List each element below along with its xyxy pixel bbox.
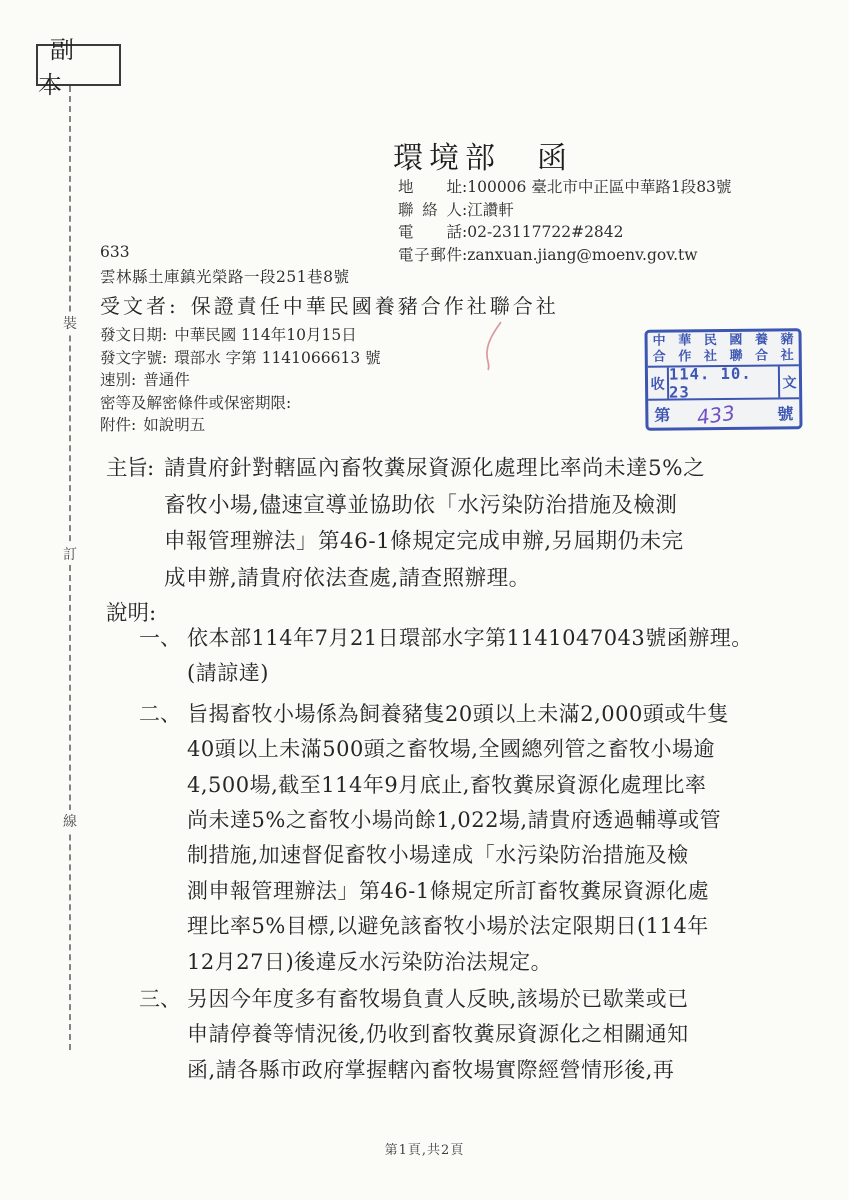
receipt-stamp-number-suffix: 號 bbox=[777, 401, 793, 424]
page-number-footer: 第1頁,共2頁 bbox=[0, 1139, 849, 1158]
meta-row-date: 發文日期:中華民國 114年10月15日 bbox=[100, 324, 381, 347]
meta-value: 中華民國 114年10月15日 bbox=[174, 326, 356, 344]
contact-row-phone: 電話:02-23117722#2842 bbox=[398, 221, 731, 244]
contact-label: 地址 bbox=[398, 176, 462, 199]
copy-stamp-label: 副本 bbox=[38, 30, 119, 100]
contact-label: 電話 bbox=[398, 221, 462, 244]
item-number: 一、 bbox=[139, 621, 187, 692]
receipt-stamp: 中華民國養豬 合作社聯合社 收 114. 10. 23 文 第 433 號 bbox=[644, 328, 802, 431]
binding-mark-zhuang: 裝 bbox=[63, 312, 77, 334]
contact-row-address: 地址:100006 臺北市中正區中華路1段83號 bbox=[398, 176, 731, 199]
document-meta-block: 發文日期:中華民國 114年10月15日 發文字號:環部水 字第 1141066… bbox=[100, 324, 381, 437]
explanation-item-2: 二、 旨揭畜牧小場係為飼養豬隻20頭以上未滿2,000頭或牛隻 40頭以上未滿5… bbox=[106, 697, 758, 980]
meta-label: 密等及解密條件或保密期限: bbox=[100, 394, 291, 412]
item-text: 另因今年度多有畜牧場負責人反映,該場於已歇業或已 申請停養等情況後,仍收到畜牧糞… bbox=[187, 982, 689, 1088]
meta-row-classification: 密等及解密條件或保密期限: bbox=[100, 392, 381, 415]
meta-label: 附件: bbox=[100, 416, 136, 434]
explanation-item-1: 一、 依本部114年7月21日環部水字第1141047043號函辦理。 (請諒達… bbox=[106, 621, 758, 692]
contact-row-person: 聯絡人:江讚軒 bbox=[398, 199, 731, 222]
recipient-address: 雲林縣土庫鎮光榮路一段251巷8號 bbox=[100, 265, 349, 287]
receipt-stamp-date: 114. 10. 23 bbox=[669, 366, 778, 398]
meta-value: 普通件 bbox=[143, 371, 190, 389]
subject-section: 主旨: 請貴府針對轄區內畜牧糞尿資源化處理比率尚未達5%之 畜牧小場,儘速宣導並… bbox=[106, 451, 758, 597]
postal-sort-code: 633 bbox=[100, 243, 130, 261]
meta-label: 發文字號: bbox=[100, 349, 167, 367]
contact-label: 電子郵件 bbox=[398, 244, 462, 267]
receipt-stamp-number-row: 第 433 號 bbox=[648, 399, 799, 428]
contact-value: zanxuan.jiang@moenv.gov.tw bbox=[467, 246, 697, 264]
document-title: 環境部 函 bbox=[393, 133, 573, 177]
binding-mark-ding: 訂 bbox=[63, 543, 77, 565]
meta-value: 環部水 字第 1141066613 號 bbox=[174, 349, 380, 367]
receipt-stamp-handwritten-number: 433 bbox=[661, 396, 770, 434]
contact-label: 聯絡人 bbox=[398, 199, 462, 222]
explanation-items: 一、 依本部114年7月21日環部水字第1141047043號函辦理。 (請諒達… bbox=[106, 621, 758, 1088]
subject-label: 主旨: bbox=[106, 451, 164, 597]
receipt-stamp-org: 中華民國養豬 合作社聯合社 bbox=[648, 331, 799, 368]
scanned-official-letter-page: 副本 裝 訂 線 環境部 函 地址:100006 臺北市中正區中華路1段83號 … bbox=[0, 0, 849, 1200]
contact-value: 100006 臺北市中正區中華路1段83號 bbox=[467, 178, 731, 196]
binding-dashed-line bbox=[69, 86, 71, 1050]
item-number: 二、 bbox=[139, 697, 187, 980]
meta-row-doc-number: 發文字號:環部水 字第 1141066613 號 bbox=[100, 347, 381, 370]
meta-value: 如說明五 bbox=[143, 416, 205, 434]
receipt-stamp-org-line1: 中華民國養豬 bbox=[653, 332, 794, 349]
receipt-stamp-received-char: 收 bbox=[648, 368, 669, 399]
recipient-name: 保證責任中華民國養豬合作社聯合社 bbox=[191, 294, 559, 318]
copy-stamp-box: 副本 bbox=[36, 44, 121, 86]
receipt-stamp-org-line2: 合作社聯合社 bbox=[653, 348, 794, 365]
red-pen-mark bbox=[472, 318, 512, 373]
contact-row-email: 電子郵件:zanxuan.jiang@moenv.gov.tw bbox=[398, 244, 731, 267]
receipt-stamp-middle-row: 收 114. 10. 23 文 bbox=[648, 366, 799, 401]
item-text: 旨揭畜牧小場係為飼養豬隻20頭以上未滿2,000頭或牛隻 40頭以上未滿500頭… bbox=[187, 697, 729, 980]
meta-row-speed: 速別:普通件 bbox=[100, 369, 381, 392]
item-text: 依本部114年7月21日環部水字第1141047043號函辦理。 (請諒達) bbox=[187, 621, 753, 692]
binding-mark-xian: 線 bbox=[63, 810, 77, 832]
meta-label: 發文日期: bbox=[100, 326, 167, 344]
sender-contact-block: 地址:100006 臺北市中正區中華路1段83號 聯絡人:江讚軒 電話:02-2… bbox=[398, 176, 731, 266]
recipient-line: 受文者:保證責任中華民國養豬合作社聯合社 bbox=[100, 290, 559, 319]
item-number: 三、 bbox=[139, 982, 187, 1088]
explanation-item-3: 三、 另因今年度多有畜牧場負責人反映,該場於已歇業或已 申請停養等情況後,仍收到… bbox=[106, 982, 758, 1088]
contact-value: 02-23117722#2842 bbox=[467, 223, 623, 241]
subject-text: 請貴府針對轄區內畜牧糞尿資源化處理比率尚未達5%之 畜牧小場,儘速宣導並協助依「… bbox=[164, 451, 705, 597]
meta-row-attachment: 附件:如說明五 bbox=[100, 414, 381, 437]
contact-value: 江讚軒 bbox=[467, 201, 514, 219]
meta-label: 速別: bbox=[100, 371, 136, 389]
recipient-label: 受文者: bbox=[100, 294, 179, 318]
receipt-stamp-doc-char: 文 bbox=[778, 366, 799, 397]
